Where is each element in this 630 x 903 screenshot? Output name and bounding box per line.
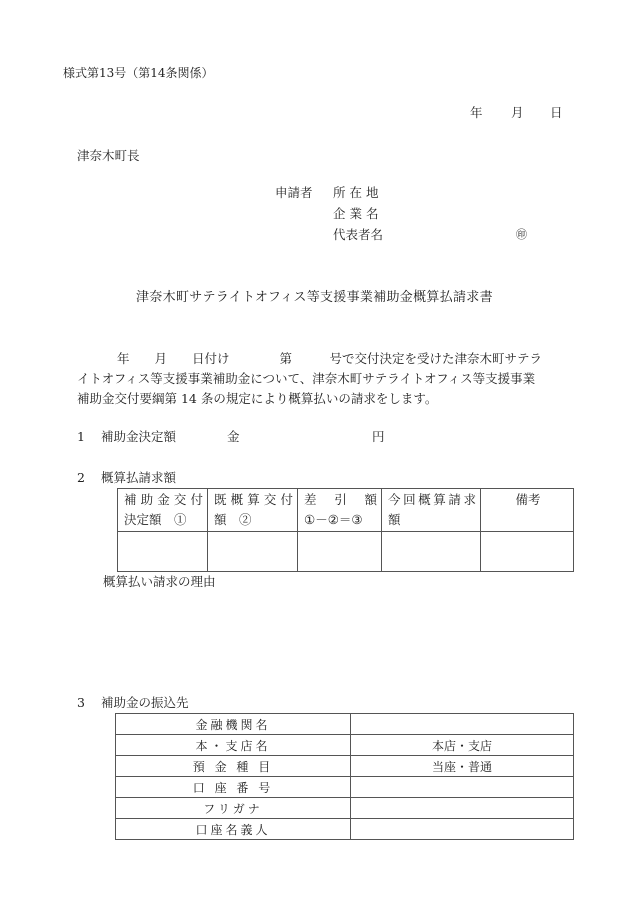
account-number-value[interactable] bbox=[351, 777, 574, 798]
deposit-type-label: 預 金 種 目 bbox=[116, 756, 351, 777]
representative-label: 代表者名 bbox=[333, 229, 383, 242]
branch-name-value[interactable]: 本店・支店 bbox=[351, 735, 574, 756]
cell-prior-advance[interactable] bbox=[208, 532, 298, 572]
section-2-label: 概算払請求額 bbox=[101, 470, 176, 485]
applicant-label: 申請者 bbox=[275, 187, 313, 200]
header-cell-current-request: 今回概算請求 額 bbox=[382, 489, 481, 532]
amount-unit: 円 bbox=[372, 431, 385, 444]
section-2: 2 概算払請求額 bbox=[77, 472, 176, 485]
table-row bbox=[118, 532, 574, 572]
cell-current-request[interactable] bbox=[382, 532, 481, 572]
body-line-2: イトオフィス等支援事業補助金について、津奈木町サテライトオフィス等支援事業 bbox=[77, 369, 577, 389]
company-name-label: 企 業 名 bbox=[333, 208, 378, 221]
account-holder-value[interactable] bbox=[351, 819, 574, 840]
header-cell-difference: 差 引 額 ①－②＝③ bbox=[298, 489, 382, 532]
header-cell-remarks: 備考 bbox=[481, 489, 574, 532]
bank-transfer-table: 金融機関名 本・支店名 本店・支店 預 金 種 目 当座・普通 口 座 番 号 … bbox=[115, 713, 574, 840]
section-1: 1 補助金決定額 bbox=[77, 431, 176, 444]
body-line-3: 補助金交付要綱第 14 条の規定により概算払いの請求をします。 bbox=[77, 389, 577, 409]
cell-remarks[interactable] bbox=[481, 532, 574, 572]
date-month-label: 月 bbox=[511, 107, 524, 120]
header-cell-decided-amount: 補助金交付 決定額 ① bbox=[118, 489, 208, 532]
section-2-number: 2 bbox=[77, 472, 97, 485]
branch-name-label: 本・支店名 bbox=[116, 735, 351, 756]
cell-decided-amount[interactable] bbox=[118, 532, 208, 572]
table-row: 本・支店名 本店・支店 bbox=[116, 735, 574, 756]
section-3-number: 3 bbox=[77, 697, 97, 710]
date-year-label: 年 bbox=[470, 107, 483, 120]
document-title: 津奈木町サテライトオフィス等支援事業補助金概算払請求書 bbox=[136, 291, 493, 304]
addressee: 津奈木町長 bbox=[77, 150, 140, 163]
section-3: 3 補助金の振込先 bbox=[77, 697, 189, 710]
bank-name-value[interactable] bbox=[351, 714, 574, 735]
body-paragraph: 年 月 日付け 第 号で交付決定を受けた津奈木町サテラ イトオフィス等支援事業補… bbox=[77, 349, 577, 409]
advance-payment-table: 補助金交付 決定額 ① 既概算交付 額 ② 差 引 額 ①－②＝③ 今回概算請求… bbox=[117, 488, 574, 572]
body-line-1: 年 月 日付け 第 号で交付決定を受けた津奈木町サテラ bbox=[77, 349, 577, 369]
table-row: 口座名義人 bbox=[116, 819, 574, 840]
section-1-number: 1 bbox=[77, 431, 97, 444]
table-row: フリガナ bbox=[116, 798, 574, 819]
deposit-type-value[interactable]: 当座・普通 bbox=[351, 756, 574, 777]
account-holder-label: 口座名義人 bbox=[116, 819, 351, 840]
table-header-row: 補助金交付 決定額 ① 既概算交付 額 ② 差 引 額 ①－②＝③ 今回概算請求… bbox=[118, 489, 574, 532]
form-number: 様式第13号（第14条関係） bbox=[63, 67, 214, 79]
header-cell-prior-advance: 既概算交付 額 ② bbox=[208, 489, 298, 532]
table-row: 金融機関名 bbox=[116, 714, 574, 735]
date-day-label: 日 bbox=[550, 107, 563, 120]
cell-difference[interactable] bbox=[298, 532, 382, 572]
section-3-label: 補助金の振込先 bbox=[101, 695, 189, 710]
furigana-value[interactable] bbox=[351, 798, 574, 819]
section-1-label: 補助金決定額 bbox=[101, 429, 176, 444]
address-label: 所 在 地 bbox=[333, 187, 378, 200]
table-row: 預 金 種 目 当座・普通 bbox=[116, 756, 574, 777]
account-number-label: 口 座 番 号 bbox=[116, 777, 351, 798]
seal-mark-icon: ㊞ bbox=[516, 229, 527, 240]
furigana-label: フリガナ bbox=[116, 798, 351, 819]
table-row: 口 座 番 号 bbox=[116, 777, 574, 798]
amount-prefix: 金 bbox=[227, 431, 240, 444]
bank-name-label: 金融機関名 bbox=[116, 714, 351, 735]
reason-label: 概算払い請求の理由 bbox=[103, 576, 216, 589]
